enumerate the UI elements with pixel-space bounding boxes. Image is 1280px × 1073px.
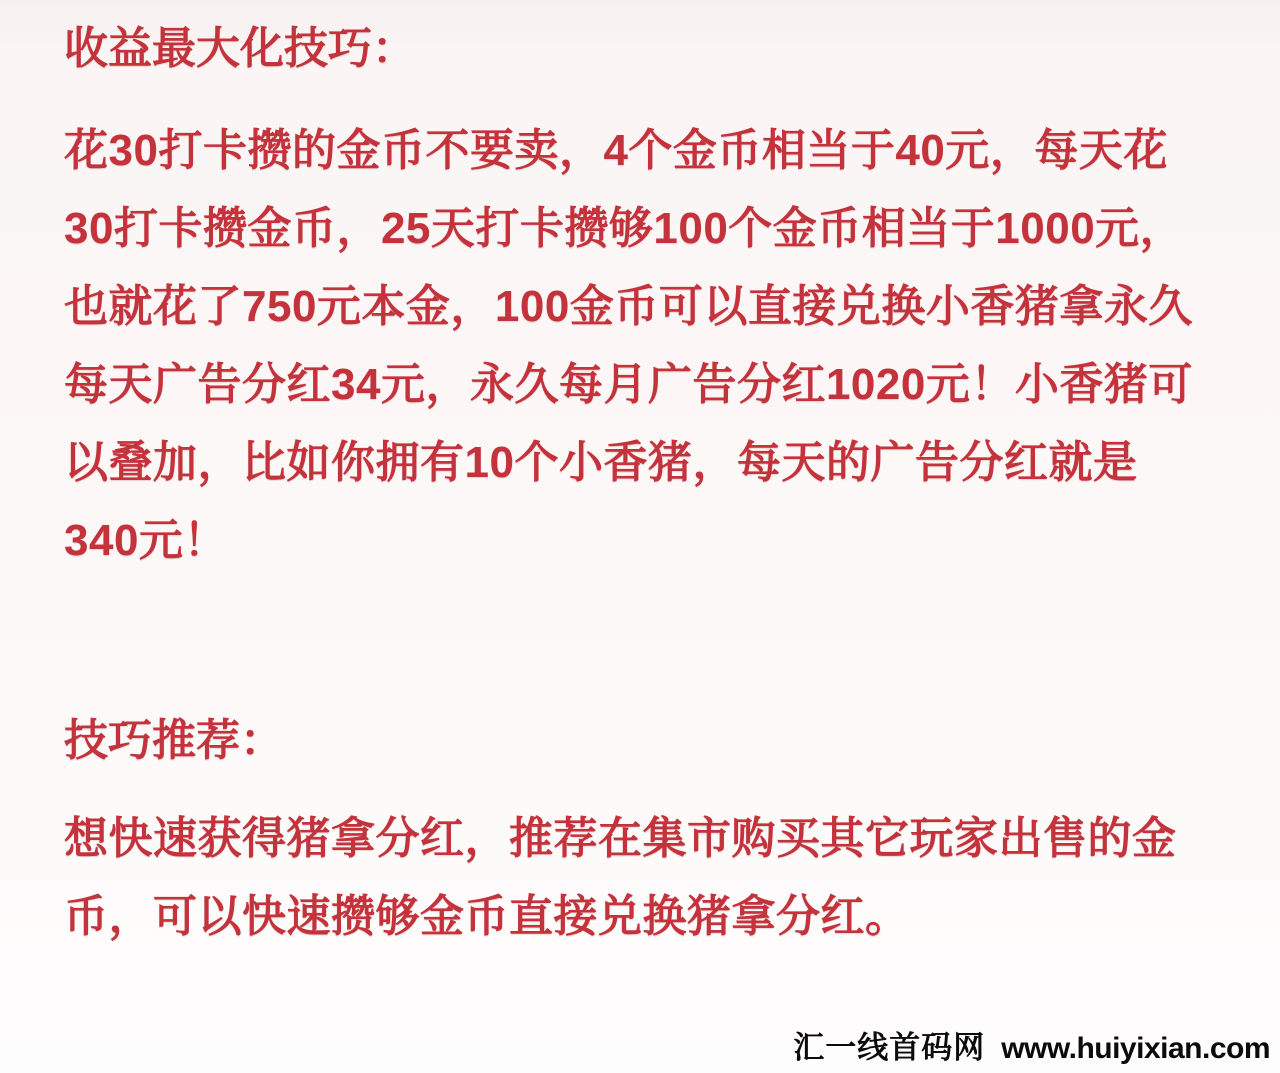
- paragraph-income-tips: 花30打卡攒的金币不要卖，4个金币相当于40元，每天花 30打卡攒金币，25天打…: [64, 112, 1193, 580]
- paragraph-tip-recommendation: 想快速获得猪拿分红，推荐在集市购买其它玩家出售的金 币，可以快速攒够金币直接兑换…: [64, 800, 1177, 956]
- section-heading-income-maximization: 收益最大化技巧：: [64, 20, 416, 78]
- paragraph-line: 30打卡攒金币，25天打卡攒够100个金币相当于1000元，: [64, 190, 1193, 268]
- paragraph-line: 也就花了750元本金，100金币可以直接兑换小香猪拿永久: [64, 268, 1193, 346]
- paragraph-line: 花30打卡攒的金币不要卖，4个金币相当于40元，每天花: [64, 112, 1193, 190]
- watermark-site-name: 汇一线首码网: [793, 1022, 985, 1067]
- watermark-url: www.huiyixian.com: [1001, 1032, 1270, 1066]
- paragraph-line: 340元！: [64, 502, 1193, 580]
- section-heading-tip-recommendation: 技巧推荐：: [64, 712, 284, 770]
- paragraph-line: 每天广告分红34元，永久每月广告分红1020元！小香猪可: [64, 346, 1193, 424]
- paragraph-line: 想快速获得猪拿分红，推荐在集市购买其它玩家出售的金: [64, 800, 1177, 878]
- page: 收益最大化技巧： 花30打卡攒的金币不要卖，4个金币相当于40元，每天花 30打…: [0, 0, 1280, 1073]
- watermark: 汇一线首码网 www.huiyixian.com: [793, 1022, 1270, 1067]
- paragraph-line: 以叠加，比如你拥有10个小香猪，每天的广告分红就是: [64, 424, 1193, 502]
- paragraph-line: 币，可以快速攒够金币直接兑换猪拿分红。: [64, 878, 1177, 956]
